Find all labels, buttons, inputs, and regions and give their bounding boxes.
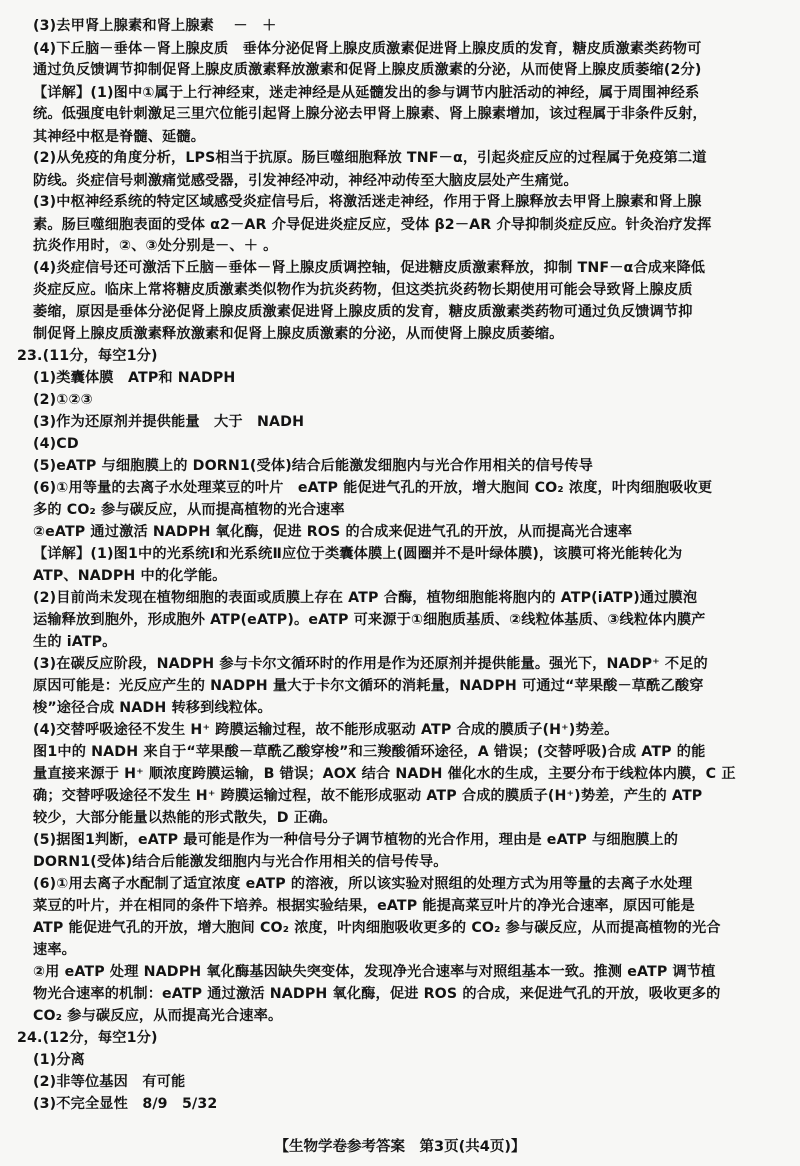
answer-line: 【详解】(1)图中①属于上行神经束，迷走神经是从延髓发出的参与调节内脏活动的神经… (33, 82, 773, 105)
answer-line: (6)①用等量的去离子水处理菜豆的叶片 eATP 能促进气孔的开放，增大胞间 C… (33, 477, 773, 500)
answer-line: (2)从免疫的角度分析，LPS相当于抗原。肠巨噬细胞释放 TNF－α，引起炎症反… (33, 147, 773, 170)
answer-line: 抗炎作用时，②、③处分别是－、＋ 。 (33, 235, 773, 258)
answer-line: ②用 eATP 处理 NADPH 氧化酶基因缺失突变体，发现净光合速率与对照组基… (33, 961, 773, 984)
answer-line: 物光合速率的机制：eATP 通过激活 NADPH 氧化酶，促进 ROS 的合成，… (33, 983, 773, 1006)
answer-line: (4)CD (33, 433, 773, 456)
answer-line: (6)①用去离子水配制了适宜浓度 eATP 的溶液，所以该实验对照组的处理方式为… (33, 873, 773, 896)
answer-line: (5)eATP 与细胞膜上的 DORN1(受体)结合后能激发细胞内与光合作用相关… (33, 455, 773, 478)
answer-line: 速率。 (33, 939, 773, 962)
answer-line: 制促肾上腺皮质激素释放激素和促肾上腺皮质激素的分泌，从而使肾上腺皮质萎缩。 (33, 323, 773, 346)
answer-line: (4)交替呼吸途径不发生 H⁺ 跨膜运输过程，故不能形成驱动 ATP 合成的膜质… (33, 719, 773, 742)
answer-line: (3)去甲肾上腺素和肾上腺素 － ＋ (33, 15, 773, 38)
answer-line: 运输释放到胞外，形成胞外 ATP(eATP)。eATP 可来源于①细胞质基质、②… (33, 609, 773, 632)
answer-line: 其神经中枢是脊髓、延髓。 (33, 126, 773, 149)
answer-line: (5)据图1判断，eATP 最可能是作为一种信号分子调节植物的光合作用，理由是 … (33, 829, 773, 852)
answer-line: (1)分离 (33, 1049, 773, 1072)
answer-line: (1)类囊体膜 ATP和 NADPH (33, 367, 773, 390)
answer-line: 多的 CO₂ 参与碳反应，从而提高植物的光合速率 (33, 499, 773, 522)
answer-line: 萎缩，原因是垂体分泌促肾上腺皮质激素促进肾上腺皮质的发育，糖皮质激素类药物可通过… (33, 301, 773, 324)
answer-line: 较少，大部分能量以热能的形式散失，D 正确。 (33, 807, 773, 830)
answer-line: ATP、NADPH 中的化学能。 (33, 565, 773, 588)
answer-line: (2)目前尚未发现在植物细胞的表面或质膜上存在 ATP 合酶，植物细胞能将胞内的… (33, 587, 773, 610)
answer-line: 确；交替呼吸途径不发生 H⁺ 跨膜运输过程，故不能形成驱动 ATP 合成的膜质子… (33, 785, 773, 808)
answer-line: DORN1(受体)结合后能激发细胞内与光合作用相关的信号传导。 (33, 851, 773, 874)
answer-line: (4)下丘脑－垂体－肾上腺皮质 垂体分泌促肾上腺皮质激素促进肾上腺皮质的发育，糖… (33, 38, 773, 61)
document-page: (3)去甲肾上腺素和肾上腺素 － ＋(4)下丘脑－垂体－肾上腺皮质 垂体分泌促肾… (0, 0, 800, 1166)
answer-line: 梭”途径合成 NADH 转移到线粒体。 (33, 697, 773, 720)
answer-line: ATP 能促进气孔的开放，增大胞间 CO₂ 浓度，叶肉细胞吸收更多的 CO₂ 参… (33, 917, 773, 940)
answer-line: 量直接来源于 H⁺ 顺浓度跨膜运输，B 错误；AOX 结合 NADH 催化水的生… (33, 763, 773, 786)
answer-line: (2)①②③ (33, 389, 773, 412)
answer-line: ②eATP 通过激活 NADPH 氧化酶，促进 ROS 的合成来促进气孔的开放，… (33, 521, 773, 544)
answer-line: (3)在碳反应阶段，NADPH 参与卡尔文循环时的作用是作为还原剂并提供能量。强… (33, 653, 773, 676)
answer-line: (3)中枢神经系统的特定区域感受炎症信号后，将激活迷走神经，作用于肾上腺释放去甲… (33, 191, 773, 214)
answer-line: (2)非等位基因 有可能 (33, 1071, 773, 1094)
answer-line: 生的 iATP。 (33, 631, 773, 654)
answer-line: 通过负反馈调节抑制促肾上腺皮质激素释放激素和促肾上腺皮质激素的分泌，从而使肾上腺… (33, 59, 773, 82)
answer-line: 防线。炎症信号刺激痛觉感受器，引发神经冲动，神经冲动传至大脑皮层处产生痛觉。 (33, 170, 773, 193)
answer-line: 【详解】(1)图1中的光系统Ⅰ和光系统Ⅱ应位于类囊体膜上(圆圈并不是叶绿体膜)，… (33, 543, 773, 566)
answer-line: (3)作为还原剂并提供能量 大于 NADH (33, 411, 773, 434)
answer-line: 统。低强度电针刺激足三里穴位能引起肾上腺分泌去甲肾上腺素、肾上腺素增加，该过程属… (33, 103, 773, 126)
answer-line: 素。肠巨噬细胞表面的受体 α2－AR 介导促进炎症反应，受体 β2－AR 介导抑… (33, 214, 773, 237)
answer-line: (3)不完全显性 8/9 5/32 (33, 1093, 773, 1116)
question-heading: 24.(12分，每空1分) (17, 1027, 757, 1050)
question-heading: 23.(11分，每空1分) (17, 345, 757, 368)
answer-line: 菜豆的叶片，并在相同的条件下培养。根据实验结果，eATP 能提高菜豆叶片的净光合… (33, 895, 773, 918)
answer-line: CO₂ 参与碳反应，从而提高光合速率。 (33, 1005, 773, 1028)
answer-line: 图1中的 NADH 来自于“苹果酸－草酰乙酸穿梭”和三羧酸循环途径，A 错误；(… (33, 741, 773, 764)
answer-line: (4)炎症信号还可激活下丘脑－垂体－肾上腺皮质调控轴，促进糖皮质激素释放，抑制 … (33, 257, 773, 280)
page-footer: 【生物学卷参考答案 第3页(共4页)】 (0, 1137, 800, 1157)
answer-line: 原因可能是：光反应产生的 NADPH 量大于卡尔文循环的消耗量，NADPH 可通… (33, 675, 773, 698)
answer-line: 炎症反应。临床上常将糖皮质激素类似物作为抗炎药物，但这类抗炎药物长期使用可能会导… (33, 279, 773, 302)
